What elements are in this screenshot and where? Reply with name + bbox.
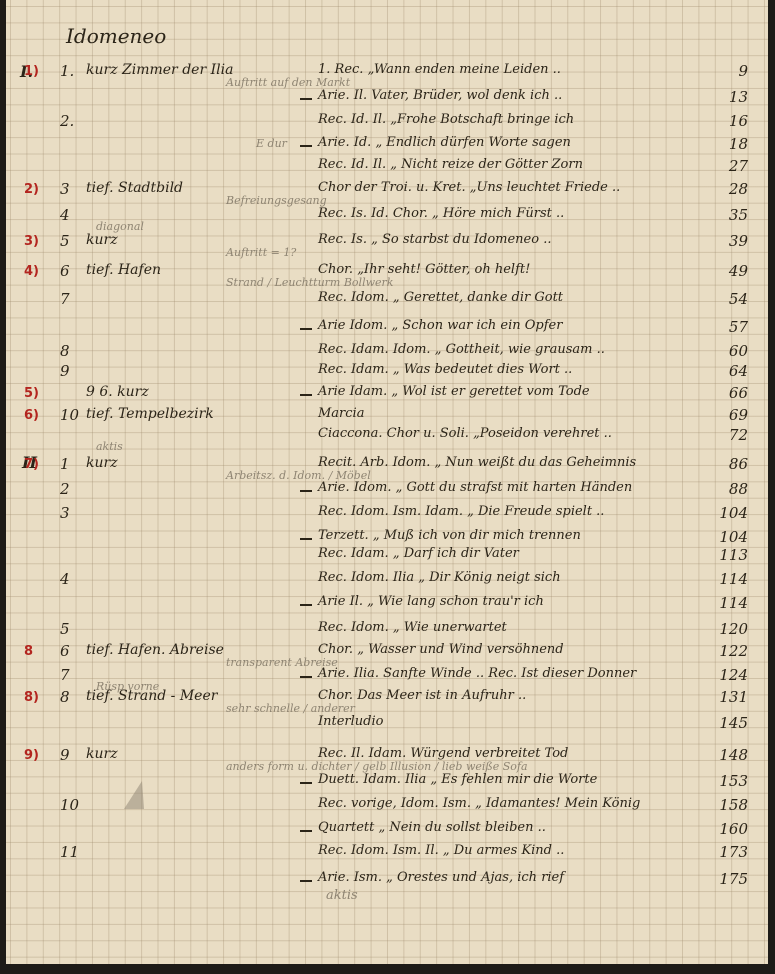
musical-number-entry: Rec. vorige, Idom. Ism. „ Idamantes! Mei… (318, 796, 640, 811)
scene-number: 8 (60, 688, 70, 706)
musical-number-entry: Rec. Il. Idam. Würgend verbreitet Tod (318, 746, 568, 761)
aria-dash-marker (300, 604, 312, 606)
red-scene-marker: 2) (24, 182, 39, 197)
red-scene-marker: 9) (24, 748, 39, 763)
pencil-annotation: aktis (96, 440, 123, 453)
triangle-sketch-icon (124, 781, 144, 809)
red-scene-marker: 5) (24, 386, 39, 401)
musical-number-entry: Arie Il. „ Wie lang schon trau'r ich (318, 594, 544, 609)
musical-number-entry: Chor. „Ihr seht! Götter, oh helft! (318, 262, 530, 277)
scene-number: 4 (60, 206, 70, 224)
scene-setting: kurz (86, 232, 118, 248)
musical-number-entry: Rec. Idom. Ilia „ Dir König neigt sich (318, 570, 561, 585)
score-page-number: 122 (708, 642, 748, 660)
score-page-number: 86 (708, 455, 748, 473)
score-page-number: 35 (708, 206, 748, 224)
musical-number-entry: Recit. Arb. Idom. „ Nun weißt du das Geh… (318, 455, 636, 470)
score-page-number: 120 (708, 620, 748, 638)
scene-number: 6 (60, 642, 70, 660)
musical-number-entry: Interludio (318, 714, 383, 729)
aria-dash-marker (300, 538, 312, 540)
scene-setting: kurz (86, 455, 118, 471)
musical-number-entry: Rec. Idam. Idom. „ Gottheit, wie grausam… (318, 342, 605, 357)
scene-number: 7 (60, 666, 70, 684)
musical-number-entry: Rec. Id. Il. „Frohe Botschaft bringe ich (318, 112, 574, 127)
scene-number: 8 (60, 342, 70, 360)
aria-dash-marker (300, 394, 312, 396)
musical-number-entry: Arie. Ism. „ Orestes und Ajas, ich rief (318, 870, 564, 885)
score-page-number: 69 (708, 406, 748, 424)
red-scene-marker: 1) (24, 64, 39, 79)
pencil-annotation: Auftritt = 1? (226, 246, 296, 259)
score-page-number: 13 (708, 88, 748, 106)
pencil-annotation: Befreiungsgesang (226, 194, 327, 207)
score-page-number: 113 (708, 546, 748, 564)
musical-number-entry: Rec. Idom. „ Gerettet, danke dir Gott (318, 290, 563, 305)
musical-number-entry: Chor. „ Wasser und Wind versöhnend (318, 642, 564, 657)
score-page-number: 160 (708, 820, 748, 838)
musical-number-entry: Rec. Is. Id. Chor. „ Höre mich Fürst .. (318, 206, 564, 221)
scene-number: 3 (60, 504, 70, 522)
score-page-number: 72 (708, 426, 748, 444)
score-page-number: 173 (708, 843, 748, 861)
score-page-number: 39 (708, 232, 748, 250)
score-page-number: 64 (708, 362, 748, 380)
score-page-number: 66 (708, 384, 748, 402)
aria-dash-marker (300, 328, 312, 330)
scene-number: 10 (60, 796, 79, 814)
musical-number-entry: Arie. Ilia. Sanfte Winde .. Rec. Ist die… (318, 666, 636, 681)
footer-note: aktis (326, 888, 358, 903)
aria-dash-marker (300, 490, 312, 492)
musical-number-entry: Arie Idam. „ Wol ist er gerettet vom Tod… (318, 384, 590, 399)
score-page-number: 104 (708, 528, 748, 546)
scene-setting: tief. Stadtbild (86, 180, 183, 196)
scene-number: 1 (60, 455, 70, 473)
document-title: Idomeneo (66, 24, 166, 48)
score-page-number: 28 (708, 180, 748, 198)
musical-number-entry: 1. Rec. „Wann enden meine Leiden .. (318, 62, 561, 77)
score-page-number: 131 (708, 688, 748, 706)
musical-number-entry: Arie. Il. Vater, Brüder, wol denk ich .. (318, 88, 562, 103)
scene-setting: tief. Tempelbezirk (86, 406, 214, 422)
musical-number-entry: Chor. Das Meer ist in Aufruhr .. (318, 688, 526, 703)
scene-number: 3 (60, 180, 70, 198)
aria-dash-marker (300, 830, 312, 832)
scene-setting: tief. Hafen (86, 262, 161, 278)
score-page-number: 153 (708, 772, 748, 790)
scene-number: 9 (60, 746, 70, 764)
musical-number-entry: Duett. Idam. Ilia „ Es fehlen mir die Wo… (318, 772, 597, 787)
score-page-number: 54 (708, 290, 748, 308)
musical-number-entry: Rec. Is. „ So starbst du Idomeneo .. (318, 232, 551, 247)
scene-number: 10 (60, 406, 79, 424)
score-page-number: 27 (708, 157, 748, 175)
red-scene-marker: 3) (24, 234, 39, 249)
score-page-number: 124 (708, 666, 748, 684)
aria-dash-marker (300, 145, 312, 147)
scene-setting: tief. Hafen. Abreise (86, 642, 224, 658)
manuscript-page: Idomeneo I. II 1)1.kurz Zimmer der IliaA… (6, 0, 768, 964)
musical-number-entry: Arie. Idom. „ Gott du strafst mit harten… (318, 480, 632, 495)
red-scene-marker: 8) (24, 690, 39, 705)
musical-number-entry: Rec. Idom. Ism. Idam. „ Die Freude spiel… (318, 504, 604, 519)
scene-number: 2 (60, 480, 70, 498)
aria-dash-marker (300, 782, 312, 784)
scene-number: 9 (60, 362, 70, 380)
aria-dash-marker (300, 98, 312, 100)
score-page-number: 114 (708, 570, 748, 588)
scene-number: 5 (60, 620, 70, 638)
score-page-number: 9 (708, 62, 748, 80)
scene-number: 6 (60, 262, 70, 280)
score-page-number: 104 (708, 504, 748, 522)
scene-setting: tief. Strand - Meer (86, 688, 217, 704)
score-page-number: 158 (708, 796, 748, 814)
scene-setting: kurz Zimmer der Ilia (86, 62, 233, 78)
aria-dash-marker (300, 676, 312, 678)
musical-number-entry: Terzett. „ Muß ich von dir mich trennen (318, 528, 581, 543)
scene-setting: kurz (86, 746, 118, 762)
scene-number: 5 (60, 232, 70, 250)
scene-number: 11 (60, 843, 79, 861)
musical-number-entry: Marcia (318, 406, 364, 421)
score-page-number: 88 (708, 480, 748, 498)
score-page-number: 57 (708, 318, 748, 336)
aria-dash-marker (300, 880, 312, 882)
score-page-number: 60 (708, 342, 748, 360)
musical-number-entry: Rec. Idam. „ Was bedeutet dies Wort .. (318, 362, 572, 377)
musical-number-entry: Rec. Idam. „ Darf ich dir Vater (318, 546, 519, 561)
score-page-number: 114 (708, 594, 748, 612)
musical-number-entry: Chor der Troi. u. Kret. „Uns leuchtet Fr… (318, 180, 620, 195)
scene-number: 1. (60, 62, 74, 80)
red-scene-marker: 8 (24, 644, 33, 659)
musical-number-entry: Rec. Idom. „ Wie unerwartet (318, 620, 507, 635)
musical-number-entry: Quartett „ Nein du sollst bleiben .. (318, 820, 546, 835)
score-page-number: 175 (708, 870, 748, 888)
scene-setting: 9 6. kurz (86, 384, 149, 400)
red-scene-marker: 4) (24, 264, 39, 279)
musical-number-entry: Arie. Id. „ Endlich dürfen Worte sagen (318, 135, 571, 150)
score-page-number: 18 (708, 135, 748, 153)
score-page-number: 16 (708, 112, 748, 130)
red-scene-marker: 6) (24, 408, 39, 423)
scene-number: 7 (60, 290, 70, 308)
musical-number-entry: Ciaccona. Chor u. Soli. „Poseidon verehr… (318, 426, 612, 441)
pencil-annotation: E dur (256, 137, 287, 150)
score-page-number: 148 (708, 746, 748, 764)
red-scene-marker: 7) (24, 457, 39, 472)
musical-number-entry: Rec. Id. Il. „ Nicht reize der Götter Zo… (318, 157, 583, 172)
score-page-number: 49 (708, 262, 748, 280)
scene-number: 2. (60, 112, 74, 130)
scene-number: 4 (60, 570, 70, 588)
pencil-annotation: Strand / Leuchtturm Bollwerk (226, 276, 393, 289)
musical-number-entry: Rec. Idom. Ism. Il. „ Du armes Kind .. (318, 843, 564, 858)
musical-number-entry: Arie Idom. „ Schon war ich ein Opfer (318, 318, 562, 333)
score-page-number: 145 (708, 714, 748, 732)
